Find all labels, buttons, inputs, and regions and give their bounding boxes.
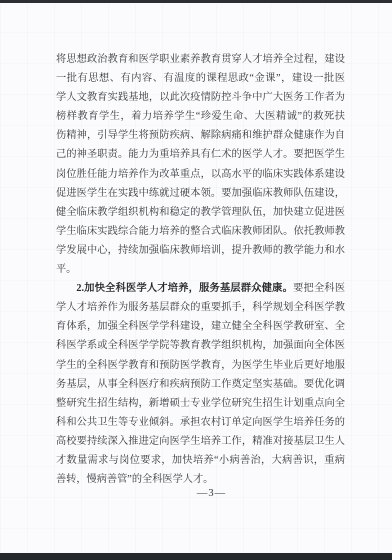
text-line: 学人才培养作为服务基层群众的重要抓手，科学规划全科医学教	[56, 298, 345, 317]
text-segment: 高校要持续深入推进定向医学生培养工作，精准对接基层卫生人	[56, 436, 345, 447]
text-line: 学发展中心，持续加强临床教师培训，提升教师的教学能力和水	[56, 241, 345, 260]
text-line: 平。	[56, 260, 345, 279]
document-text: 将思想政治教育和医学职业素养教育贯穿人才培养全过程，建设一批有思想、有内容、有温…	[56, 50, 345, 489]
scanned-document-page: 将思想政治教育和医学职业素养教育贯穿人才培养全过程，建设一批有思想、有内容、有温…	[0, 0, 392, 560]
text-segment: 整研究生招生结构，新增硕士专业学位研究生招生计划重点向全	[56, 398, 345, 409]
text-line: 才数量需求与岗位要求，加快培养“小病善治，大病善识，重病	[56, 451, 345, 470]
text-line: 一批有思想、有内容、有温度的课程思政“金课”，建设一批医	[56, 69, 345, 88]
text-line: 学生临床实践综合能力培养的整合式临床教师团队。依托教师教	[56, 222, 345, 241]
text-line: 科和公共卫生等专业倾斜。承担农村订单定向医学生培养任务的	[56, 413, 345, 432]
bold-heading-segment: 2.加快全科医学人才培养，服务基层群众健康。	[76, 283, 293, 294]
text-line: 己的神圣职责。能力为重培养具有仁术的医学人才。要把医学生	[56, 145, 345, 164]
text-line: 善转，慢病善管”的全科医学人才。	[56, 470, 345, 489]
text-line: 伤精神，引导学生将预防疾病、解除病痛和维护群众健康作为自	[56, 126, 345, 145]
text-line: 学人文教育实践基地，以此次疫情防控斗争中广大医务工作者为	[56, 88, 345, 107]
text-line: 2.加快全科医学人才培养，服务基层群众健康。要把全科医	[56, 279, 345, 298]
text-line: 将思想政治教育和医学职业素养教育贯穿人才培养全过程，建设	[56, 50, 345, 69]
text-segment: 将思想政治教育和医学职业素养教育贯穿人才培养全过程，建设	[56, 54, 345, 65]
text-segment: 学人才培养作为服务基层群众的重要抓手，科学规划全科医学教	[56, 302, 345, 313]
page-number: —3—	[56, 488, 347, 499]
text-segment: 岗位胜任能力培养作为改革重点，以高水平的临床实践体系建设	[56, 169, 345, 180]
text-segment: 学发展中心，持续加强临床教师培训，提升教师的教学能力和水	[56, 245, 345, 256]
text-segment: 一批有思想、有内容、有温度的课程思政“金课”，建设一批医	[56, 73, 345, 84]
text-line: 务基层，从事全科医疗和疾病预防工作奠定坚实基础。要优化调	[56, 375, 345, 394]
text-segment: 学人文教育实践基地，以此次疫情防控斗争中广大医务工作者为	[56, 92, 345, 103]
text-segment: 促进医学生在实践中练就过硬本领。要加强临床教师队伍建设，	[56, 188, 345, 199]
scan-edge-top	[0, 0, 392, 3]
text-line: 促进医学生在实践中练就过硬本领。要加强临床教师队伍建设，	[56, 184, 345, 203]
text-segment: 榜样教育学生，着力培养学生“珍爱生命、大医精诚”的救死扶	[56, 111, 345, 122]
text-segment: 学生的全科医学教育和预防医学教育，为医学生毕业后更好地服	[56, 360, 345, 371]
text-line: 高校要持续深入推进定向医学生培养工作，精准对接基层卫生人	[56, 432, 345, 451]
text-segment: 育体系，加强全科医学学科建设，建立健全全科医学教研室、全	[56, 321, 345, 332]
text-line: 科医学系或全科医学学院等教育教学组织机构，加强面向全体医	[56, 336, 345, 355]
text-segment: 务基层，从事全科医疗和疾病预防工作奠定坚实基础。要优化调	[56, 379, 345, 390]
text-line: 岗位胜任能力培养作为改革重点，以高水平的临床实践体系建设	[56, 165, 345, 184]
scan-edge-bottom	[0, 553, 392, 560]
text-segment: 科和公共卫生等专业倾斜。承担农村订单定向医学生培养任务的	[56, 417, 345, 428]
text-segment: 伤精神，引导学生将预防疾病、解除病痛和维护群众健康作为自	[56, 130, 345, 141]
text-segment: 己的神圣职责。能力为重培养具有仁术的医学人才。要把医学生	[56, 149, 345, 160]
text-line: 健全临床教学组织机构和稳定的教学管理队伍，加快建立促进医	[56, 203, 345, 222]
text-segment: 善转，慢病善管”的全科医学人才。	[56, 474, 213, 485]
text-segment: 科医学系或全科医学学院等教育教学组织机构，加强面向全体医	[56, 340, 345, 351]
text-segment: 才数量需求与岗位要求，加快培养“小病善治，大病善识，重病	[56, 455, 345, 466]
text-segment: 健全临床教学组织机构和稳定的教学管理队伍，加快建立促进医	[56, 207, 345, 218]
text-segment: 要把全科医	[293, 283, 345, 294]
text-line: 学生的全科医学教育和预防医学教育，为医学生毕业后更好地服	[56, 356, 345, 375]
text-segment: 学生临床实践综合能力培养的整合式临床教师团队。依托教师教	[56, 226, 345, 237]
text-line: 育体系，加强全科医学学科建设，建立健全全科医学教研室、全	[56, 317, 345, 336]
text-segment: 平。	[56, 264, 76, 275]
text-line: 榜样教育学生，着力培养学生“珍爱生命、大医精诚”的救死扶	[56, 107, 345, 126]
text-line: 整研究生招生结构，新增硕士专业学位研究生招生计划重点向全	[56, 394, 345, 413]
